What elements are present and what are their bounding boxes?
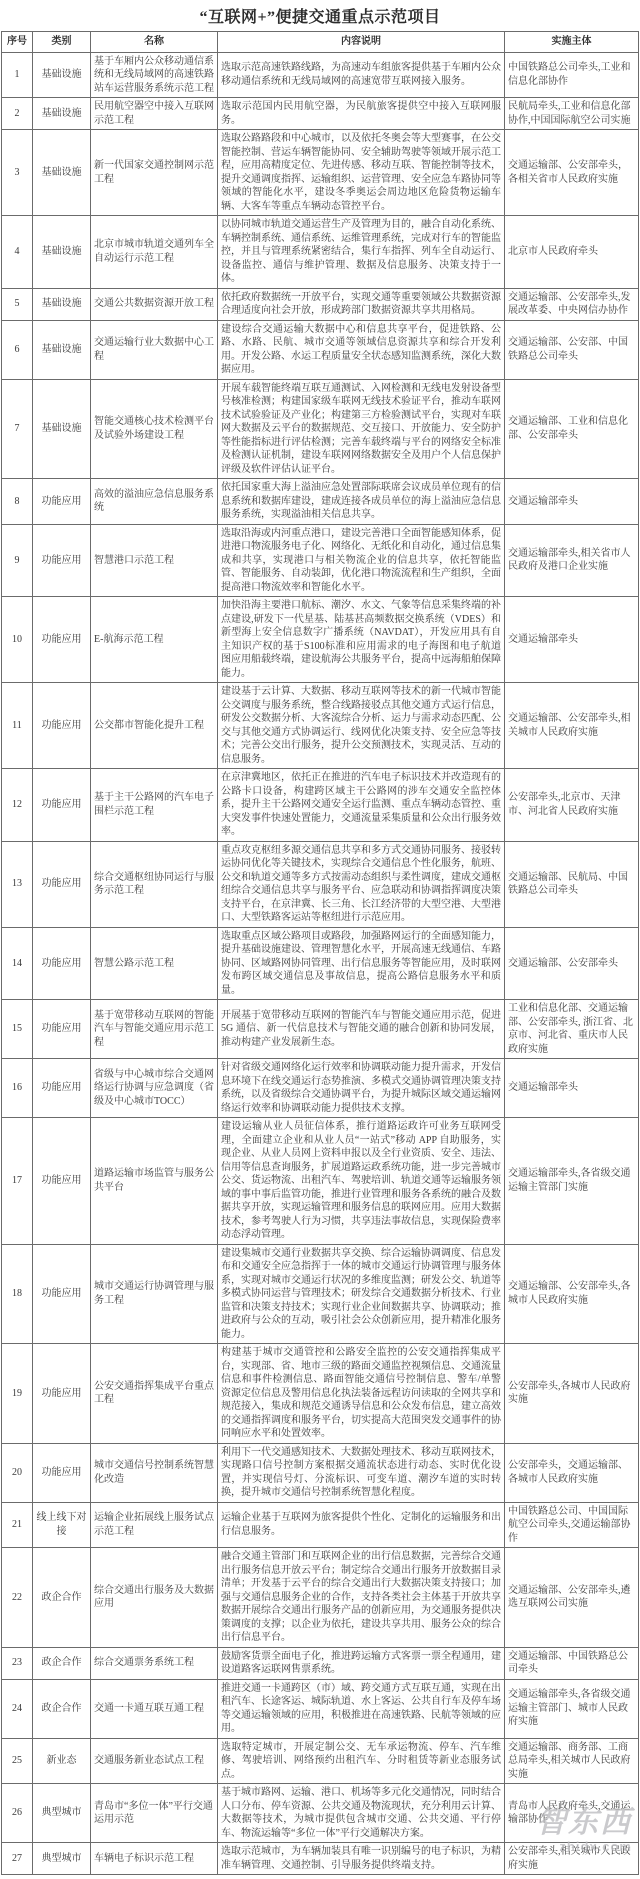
table-row: 26典型城市青岛市“多位一体”平行交通运用示范基于城市路网、运输、港口、机场等多…	[2, 1784, 639, 1843]
row-number: 20	[2, 1443, 33, 1502]
table-row: 24政企合作交通一卡通互联互通工程推进交通一卡通跨区（市）域、跨交通方式互联互通…	[2, 1679, 639, 1738]
row-category: 基础设施	[33, 320, 91, 379]
project-description: 在京津冀地区，依托正在推进的汽车电子标识技术并改造现有的公路卡口设备，构建跨区域…	[218, 769, 505, 842]
project-name: 交通运输行业大数据中心工程	[91, 320, 218, 379]
project-description: 建设综合交通运输大数据中心和信息共享平台，促进铁路、公路、水路、民航、城市交通等…	[218, 320, 505, 379]
project-description: 以协同城市轨道交通运营生产及管理为目的，融合自动化系统、车辆控制系统、通信系统、…	[218, 216, 505, 289]
project-implementer: 民航局牵头,工业和信息化部协作,中国国际航空公司实施	[505, 98, 639, 130]
table-row: 19功能应用公安交通指挥集成平台重点工程构建基于城市交通管控和公路安全监控的公安…	[2, 1344, 639, 1444]
table-row: 10功能应用E-航海示范工程加快沿海主要港口航标、潮汐、水文、气象等信息采集终端…	[2, 597, 639, 683]
project-name: E-航海示范工程	[91, 597, 218, 683]
row-number: 18	[2, 1244, 33, 1344]
row-number: 6	[2, 320, 33, 379]
row-number: 21	[2, 1502, 33, 1548]
project-implementer: 交通运输部、公安部牵头，各相关省市人民政府实施	[505, 130, 639, 216]
row-number: 17	[2, 1118, 33, 1245]
project-description: 针对省级交通网络化运行效率和协调联动能力提升需求，开发信息环境下在线交通运行态势…	[218, 1059, 505, 1118]
project-implementer: 交通运输部牵头	[505, 479, 639, 525]
row-number: 25	[2, 1738, 33, 1784]
project-description: 选取公路路段和中心城市，以及依托冬奥会等大型赛事，在公交智能控制、营运车辆智能协…	[218, 130, 505, 216]
project-description: 选取示范城市，为车辆加装具有唯一识别编号的电子标识，为精准车辆管理、交通控制、引…	[218, 1843, 505, 1875]
project-implementer: 交通运输部牵头	[505, 1059, 639, 1118]
column-header-category: 类别	[33, 32, 91, 53]
row-category: 功能应用	[33, 524, 91, 597]
project-implementer: 工业和信息化部、交通运输部、公安部牵头, 浙江省、北京市、河北省、重庆市人民政府…	[505, 1000, 639, 1059]
row-category: 基础设施	[33, 216, 91, 289]
row-category: 基础设施	[33, 130, 91, 216]
project-implementer: 公安部牵头,北京市、天津市、河北省人民政府实施	[505, 769, 639, 842]
project-name: 智能交通核心技术检测平台及试验外场建设工程	[91, 379, 218, 479]
row-category: 线上线下对接	[33, 1502, 91, 1548]
table-row: 21线上线下对接运输企业拓展线上服务试点示范工程运输企业基于互联网为旅客提供个性…	[2, 1502, 639, 1548]
row-category: 功能应用	[33, 597, 91, 683]
table-row: 14功能应用智慧公路示范工程选取重点区域公路项目或路段，加强路网运行的全面感知能…	[2, 927, 639, 1000]
row-number: 11	[2, 683, 33, 769]
row-category: 功能应用	[33, 1344, 91, 1444]
project-name: 城市交通信号控制系统智慧化改造	[91, 1443, 218, 1502]
project-description: 利用下一代交通感知技术、大数据处理技术、移动互联网技术，实现路口信号控制方案根据…	[218, 1443, 505, 1502]
row-category: 功能应用	[33, 841, 91, 927]
project-implementer: 交通运输部、公安部牵头,各城市人民政府实施	[505, 1244, 639, 1344]
row-category: 功能应用	[33, 1244, 91, 1344]
row-number: 5	[2, 288, 33, 320]
project-implementer: 交通运输部、商务部、工商总局牵头,相关城市人民政府实施	[505, 1738, 639, 1784]
table-row: 22政企合作综合交通出行服务及大数据应用融合交通主管部门和互联网企业的出行信息数…	[2, 1548, 639, 1648]
project-description: 鼓励客货票全面电子化，推进跨运输方式客票一票全程通用，建设道路客运联网售票系统。	[218, 1647, 505, 1679]
project-description: 依托国家重大海上溢油应急处置部际联席会议成员单位现有的信息系统和数据库建设，建成…	[218, 479, 505, 525]
project-implementer: 交通运输部、公安部牵头	[505, 927, 639, 1000]
project-description: 融合交通主管部门和互联网企业的出行信息数据，完善综合交通出行服务信息开放云平台；…	[218, 1548, 505, 1648]
project-name: 道路运输市场监管与服务公共平台	[91, 1118, 218, 1245]
project-implementer: 交通运输部、中国铁路总公司牵头	[505, 1647, 639, 1679]
row-category: 基础设施	[33, 52, 91, 98]
project-implementer: 交通运输部牵头	[505, 597, 639, 683]
row-category: 功能应用	[33, 1443, 91, 1502]
table-row: 7基础设施智能交通核心技术检测平台及试验外场建设工程开展车载智能终端互联互通测试…	[2, 379, 639, 479]
row-number: 8	[2, 479, 33, 525]
project-name: 高效的溢油应急信息服务系统	[91, 479, 218, 525]
table-row: 1基础设施基于车厢内公众移动通信系统和无线局域网的高速铁路站车运营服务系统示范工…	[2, 52, 639, 98]
project-name: 综合交通票务系统工程	[91, 1647, 218, 1679]
row-number: 27	[2, 1843, 33, 1875]
column-header-name: 名称	[91, 32, 218, 53]
project-name: 省级与中心城市综合交通网络运行协调与应急调度（省级及中心城市TOCC）	[91, 1059, 218, 1118]
project-description: 建设集城市交通行业数据共享交换、综合运输协调调度、信息发布和交通安全应急指挥于一…	[218, 1244, 505, 1344]
row-category: 基础设施	[33, 288, 91, 320]
row-number: 12	[2, 769, 33, 842]
project-name: 交通公共数据资源开放工程	[91, 288, 218, 320]
row-category: 典型城市	[33, 1784, 91, 1843]
project-description: 选取沿海或内河重点港口，建设完善港口全面智能感知体系，促进港口物流服务电子化、网…	[218, 524, 505, 597]
project-implementer: 公安部牵头,各城市人民政府实施	[505, 1344, 639, 1444]
project-name: 综合交通枢纽协同运行与服务示范工程	[91, 841, 218, 927]
row-number: 3	[2, 130, 33, 216]
row-category: 新业态	[33, 1738, 91, 1784]
row-category: 典型城市	[33, 1843, 91, 1875]
row-number: 4	[2, 216, 33, 289]
project-name: 民用航空器空中接入互联网示范工程	[91, 98, 218, 130]
table-row: 12功能应用基于主干公路网的汽车电子围栏示范工程在京津冀地区，依托正在推进的汽车…	[2, 769, 639, 842]
project-name: 公交都市智能化提升工程	[91, 683, 218, 769]
project-implementer: 交通运输部、工业和信息化部、公安部牵头	[505, 379, 639, 479]
project-implementer: 青岛市人民政府牵头,交通运输部协作	[505, 1784, 639, 1843]
project-description: 基于城市路网、运输、港口、机场等多元化交通情况，同时结合人口分布、停车资源、公共…	[218, 1784, 505, 1843]
project-implementer: 中国铁路总公司牵头,工业和信息化部协作	[505, 52, 639, 98]
page-title: “互联网+”便捷交通重点示范项目	[0, 4, 640, 27]
project-name: 基于车厢内公众移动通信系统和无线局域网的高速铁路站车运营服务系统示范工程	[91, 52, 218, 98]
project-name: 交通一卡通互联互通工程	[91, 1679, 218, 1738]
row-number: 1	[2, 52, 33, 98]
table-row: 9功能应用智慧港口示范工程选取沿海或内河重点港口，建设完善港口全面智能感知体系，…	[2, 524, 639, 597]
column-header-number: 序号	[2, 32, 33, 53]
project-implementer: 交通运输部、公安部牵头,发展改革委、中央网信办协作	[505, 288, 639, 320]
row-number: 26	[2, 1784, 33, 1843]
project-description: 开展基于宽带移动互联网的智能汽车与智能交通应用示范，促进 5G 通信、新一代信息…	[218, 1000, 505, 1059]
project-name: 运输企业拓展线上服务试点示范工程	[91, 1502, 218, 1548]
project-implementer: 交通运输部牵头,各省级交通运输主管部门、城市人民政府实施	[505, 1679, 639, 1738]
project-implementer: 北京市人民政府牵头	[505, 216, 639, 289]
project-description: 重点攻克枢纽多源交通信息共享和多方式交通协同服务、接驳转运协同优化等关键技术，实…	[218, 841, 505, 927]
row-category: 功能应用	[33, 1059, 91, 1118]
row-number: 15	[2, 1000, 33, 1059]
table-row: 2基础设施民用航空器空中接入互联网示范工程选取示范国内民用航空器，为民航旅客提供…	[2, 98, 639, 130]
row-category: 功能应用	[33, 479, 91, 525]
project-description: 选取重点区域公路项目或路段，加强路网运行的全面感知能力，提升基础设施建设、管理智…	[218, 927, 505, 1000]
project-description: 依托政府数据统一开放平台，实现交通等重要领域公共数据资源合理适度向社会开放，形成…	[218, 288, 505, 320]
project-description: 推进交通一卡通跨区（市）域、跨交通方式互联互通，实现在出租汽车、长途客运、城际轨…	[218, 1679, 505, 1738]
row-number: 14	[2, 927, 33, 1000]
project-implementer: 公安部牵头,相关城市人民政府实施	[505, 1843, 639, 1875]
project-name: 智慧公路示范工程	[91, 927, 218, 1000]
project-name: 青岛市“多位一体”平行交通运用示范	[91, 1784, 218, 1843]
row-number: 16	[2, 1059, 33, 1118]
project-description: 建设基于云计算、大数据、移动互联网等技术的新一代城市智能公交调度与服务系统，整合…	[218, 683, 505, 769]
project-name: 城市交通运行协调管理与服务工程	[91, 1244, 218, 1344]
row-category: 功能应用	[33, 1000, 91, 1059]
project-implementer: 交通运输部牵头,各省级交通运输主管部门实施	[505, 1118, 639, 1245]
table-row: 20功能应用城市交通信号控制系统智慧化改造利用下一代交通感知技术、大数据处理技术…	[2, 1443, 639, 1502]
row-number: 19	[2, 1344, 33, 1444]
row-number: 2	[2, 98, 33, 130]
row-number: 22	[2, 1548, 33, 1648]
row-category: 政企合作	[33, 1548, 91, 1648]
project-implementer: 中国铁路总公司、中国国际航空公司牵头,交通运输部协作	[505, 1502, 639, 1548]
table-row: 16功能应用省级与中心城市综合交通网络运行协调与应急调度（省级及中心城市TOCC…	[2, 1059, 639, 1118]
row-category: 功能应用	[33, 769, 91, 842]
table-row: 27典型城市车辆电子标识示范工程选取示范城市，为车辆加装具有唯一识别编号的电子标…	[2, 1843, 639, 1875]
project-description: 运输企业基于互联网为旅客提供个性化、定制化的运输服务和出行信息服务。	[218, 1502, 505, 1548]
project-name: 公安交通指挥集成平台重点工程	[91, 1344, 218, 1444]
row-category: 政企合作	[33, 1679, 91, 1738]
row-category: 功能应用	[33, 1118, 91, 1245]
project-description: 开展车载智能终端互联互通测试、入网检测和无线电发射设备型号核准检测；构建国家级车…	[218, 379, 505, 479]
table-row: 25新业态交通服务新业态试点工程选取特定城市，开展定制公交、无车承运物流、停车、…	[2, 1738, 639, 1784]
project-name: 基于宽带移动互联网的智能汽车与智能交通应用示范工程	[91, 1000, 218, 1059]
table-row: 3基础设施新一代国家交通控制网示范工程选取公路路段和中心城市，以及依托冬奥会等大…	[2, 130, 639, 216]
row-number: 24	[2, 1679, 33, 1738]
table-row: 15功能应用基于宽带移动互联网的智能汽车与智能交通应用示范工程开展基于宽带移动互…	[2, 1000, 639, 1059]
row-category: 功能应用	[33, 927, 91, 1000]
table-row: 11功能应用公交都市智能化提升工程建设基于云计算、大数据、移动互联网等技术的新一…	[2, 683, 639, 769]
project-name: 交通服务新业态试点工程	[91, 1738, 218, 1784]
project-description: 加快沿海主要港口航标、潮汐、水文、气象等信息采集终端的补点建设,研发下一代星基、…	[218, 597, 505, 683]
project-implementer: 公安部牵头，交通运输部、各城市人民政府实施	[505, 1443, 639, 1502]
project-implementer: 交通运输部牵头,相关省市人民政府及港口企业实施	[505, 524, 639, 597]
project-description: 选取示范高速铁路线路，为高速动车组旅客提供基于车厢内公众移动通信系统和无线局域网…	[218, 52, 505, 98]
project-description: 建设运输从业人员征信体系，推行道路运政许可业务互联网受理，全面建立企业和从业人员…	[218, 1118, 505, 1245]
project-description: 构建基于城市交通管控和公路安全监控的公安交通指挥集成平台，实现部、省、地市三级的…	[218, 1344, 505, 1444]
projects-table: 序号 类别 名称 内容说明 实施主体 1基础设施基于车厢内公众移动通信系统和无线…	[1, 31, 639, 1875]
project-implementer: 交通运输部、公安部、中国铁路总公司牵头	[505, 320, 639, 379]
table-row: 5基础设施交通公共数据资源开放工程依托政府数据统一开放平台，实现交通等重要领域公…	[2, 288, 639, 320]
project-implementer: 交通运输部、民航局、中国铁路总公司牵头	[505, 841, 639, 927]
row-number: 9	[2, 524, 33, 597]
column-header-implementer: 实施主体	[505, 32, 639, 53]
row-category: 基础设施	[33, 98, 91, 130]
project-implementer: 交通运输部、公安部牵头,遴选互联网公司实施	[505, 1548, 639, 1648]
project-implementer: 交通运输部、公安部牵头,相关城市人民政府实施	[505, 683, 639, 769]
row-number: 7	[2, 379, 33, 479]
table-row: 13功能应用综合交通枢纽协同运行与服务示范工程重点攻克枢纽多源交通信息共享和多方…	[2, 841, 639, 927]
project-name: 智慧港口示范工程	[91, 524, 218, 597]
row-category: 政企合作	[33, 1647, 91, 1679]
table-row: 23政企合作综合交通票务系统工程鼓励客货票全面电子化，推进跨运输方式客票一票全程…	[2, 1647, 639, 1679]
table-row: 8功能应用高效的溢油应急信息服务系统依托国家重大海上溢油应急处置部际联席会议成员…	[2, 479, 639, 525]
document-page: “互联网+”便捷交通重点示范项目 序号 类别 名称 内容说明 实施主体 1基础设…	[0, 0, 640, 1879]
table-header-row: 序号 类别 名称 内容说明 实施主体	[2, 32, 639, 53]
table-row: 4基础设施北京市城市轨道交通列车全自动运行示范工程以协同城市轨道交通运营生产及管…	[2, 216, 639, 289]
project-name: 北京市城市轨道交通列车全自动运行示范工程	[91, 216, 218, 289]
row-number: 13	[2, 841, 33, 927]
column-header-description: 内容说明	[218, 32, 505, 53]
row-number: 23	[2, 1647, 33, 1679]
table-row: 18功能应用城市交通运行协调管理与服务工程建设集城市交通行业数据共享交换、综合运…	[2, 1244, 639, 1344]
project-name: 基于主干公路网的汽车电子围栏示范工程	[91, 769, 218, 842]
row-number: 10	[2, 597, 33, 683]
project-description: 选取特定城市，开展定制公交、无车承运物流、停车、汽车维修、驾驶培训、网络预约出租…	[218, 1738, 505, 1784]
table-row: 17功能应用道路运输市场监管与服务公共平台建设运输从业人员征信体系，推行道路运政…	[2, 1118, 639, 1245]
project-name: 新一代国家交通控制网示范工程	[91, 130, 218, 216]
project-name: 车辆电子标识示范工程	[91, 1843, 218, 1875]
project-name: 综合交通出行服务及大数据应用	[91, 1548, 218, 1648]
table-row: 6基础设施交通运输行业大数据中心工程建设综合交通运输大数据中心和信息共享平台，促…	[2, 320, 639, 379]
row-category: 功能应用	[33, 683, 91, 769]
row-category: 基础设施	[33, 379, 91, 479]
project-description: 选取示范国内民用航空器，为民航旅客提供空中接入互联网服务。	[218, 98, 505, 130]
